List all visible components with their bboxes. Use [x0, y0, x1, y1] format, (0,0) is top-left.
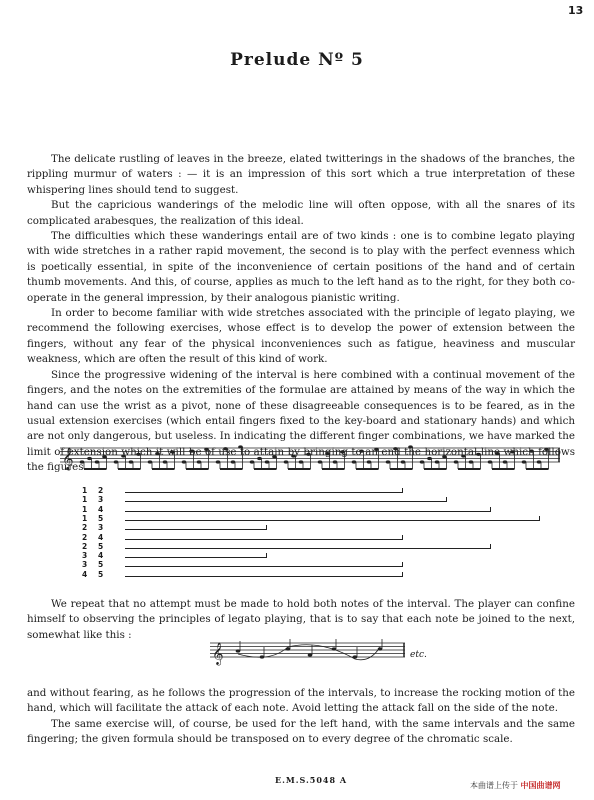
watermark-brand[interactable]: 中国曲谱网	[521, 781, 561, 790]
paragraph: In order to become familiar with wide st…	[27, 306, 575, 368]
extension-limit-line	[125, 557, 266, 558]
legato-example-staff: 𝄞	[210, 635, 410, 675]
extension-limit-line	[125, 501, 446, 502]
extension-limit-line	[125, 511, 490, 512]
closing-text-block: and without fearing, as he follows the p…	[27, 686, 575, 748]
extension-limit-line	[125, 566, 402, 567]
watermark: 本曲谱上传于 中国曲谱网	[470, 780, 561, 791]
intro-text-block: The delicate rustling of leaves in the b…	[27, 152, 575, 476]
edition-code: E.M.S.5048 A	[275, 775, 347, 785]
extension-limit-line	[125, 520, 539, 521]
page-number: 13	[568, 4, 583, 17]
extension-exercise: 𝄞 12131415232425343545	[60, 438, 560, 578]
finger-a: 4	[82, 570, 87, 580]
extension-limit-line	[125, 548, 490, 549]
svg-text:𝄞: 𝄞	[62, 447, 73, 471]
page-title: Prelude Nº 5	[0, 50, 594, 70]
extension-limit-line	[125, 492, 402, 493]
extension-limit-line	[125, 576, 402, 577]
watermark-prefix: 本曲谱上传于	[470, 781, 518, 790]
etc-label: etc.	[410, 650, 427, 660]
paragraph: and without fearing, as he follows the p…	[27, 686, 575, 717]
extension-limit-line	[125, 529, 266, 530]
paragraph: But the capricious wanderings of the mel…	[27, 198, 575, 229]
finger-b: 5	[98, 570, 103, 580]
paragraph: The same exercise will, of course, be us…	[27, 717, 575, 748]
music-staff: 𝄞	[60, 438, 560, 483]
paragraph: The difficulties which these wanderings …	[27, 229, 575, 306]
svg-text:𝄞: 𝄞	[212, 642, 223, 666]
extension-limit-line	[125, 539, 402, 540]
paragraph: The delicate rustling of leaves in the b…	[27, 152, 575, 198]
